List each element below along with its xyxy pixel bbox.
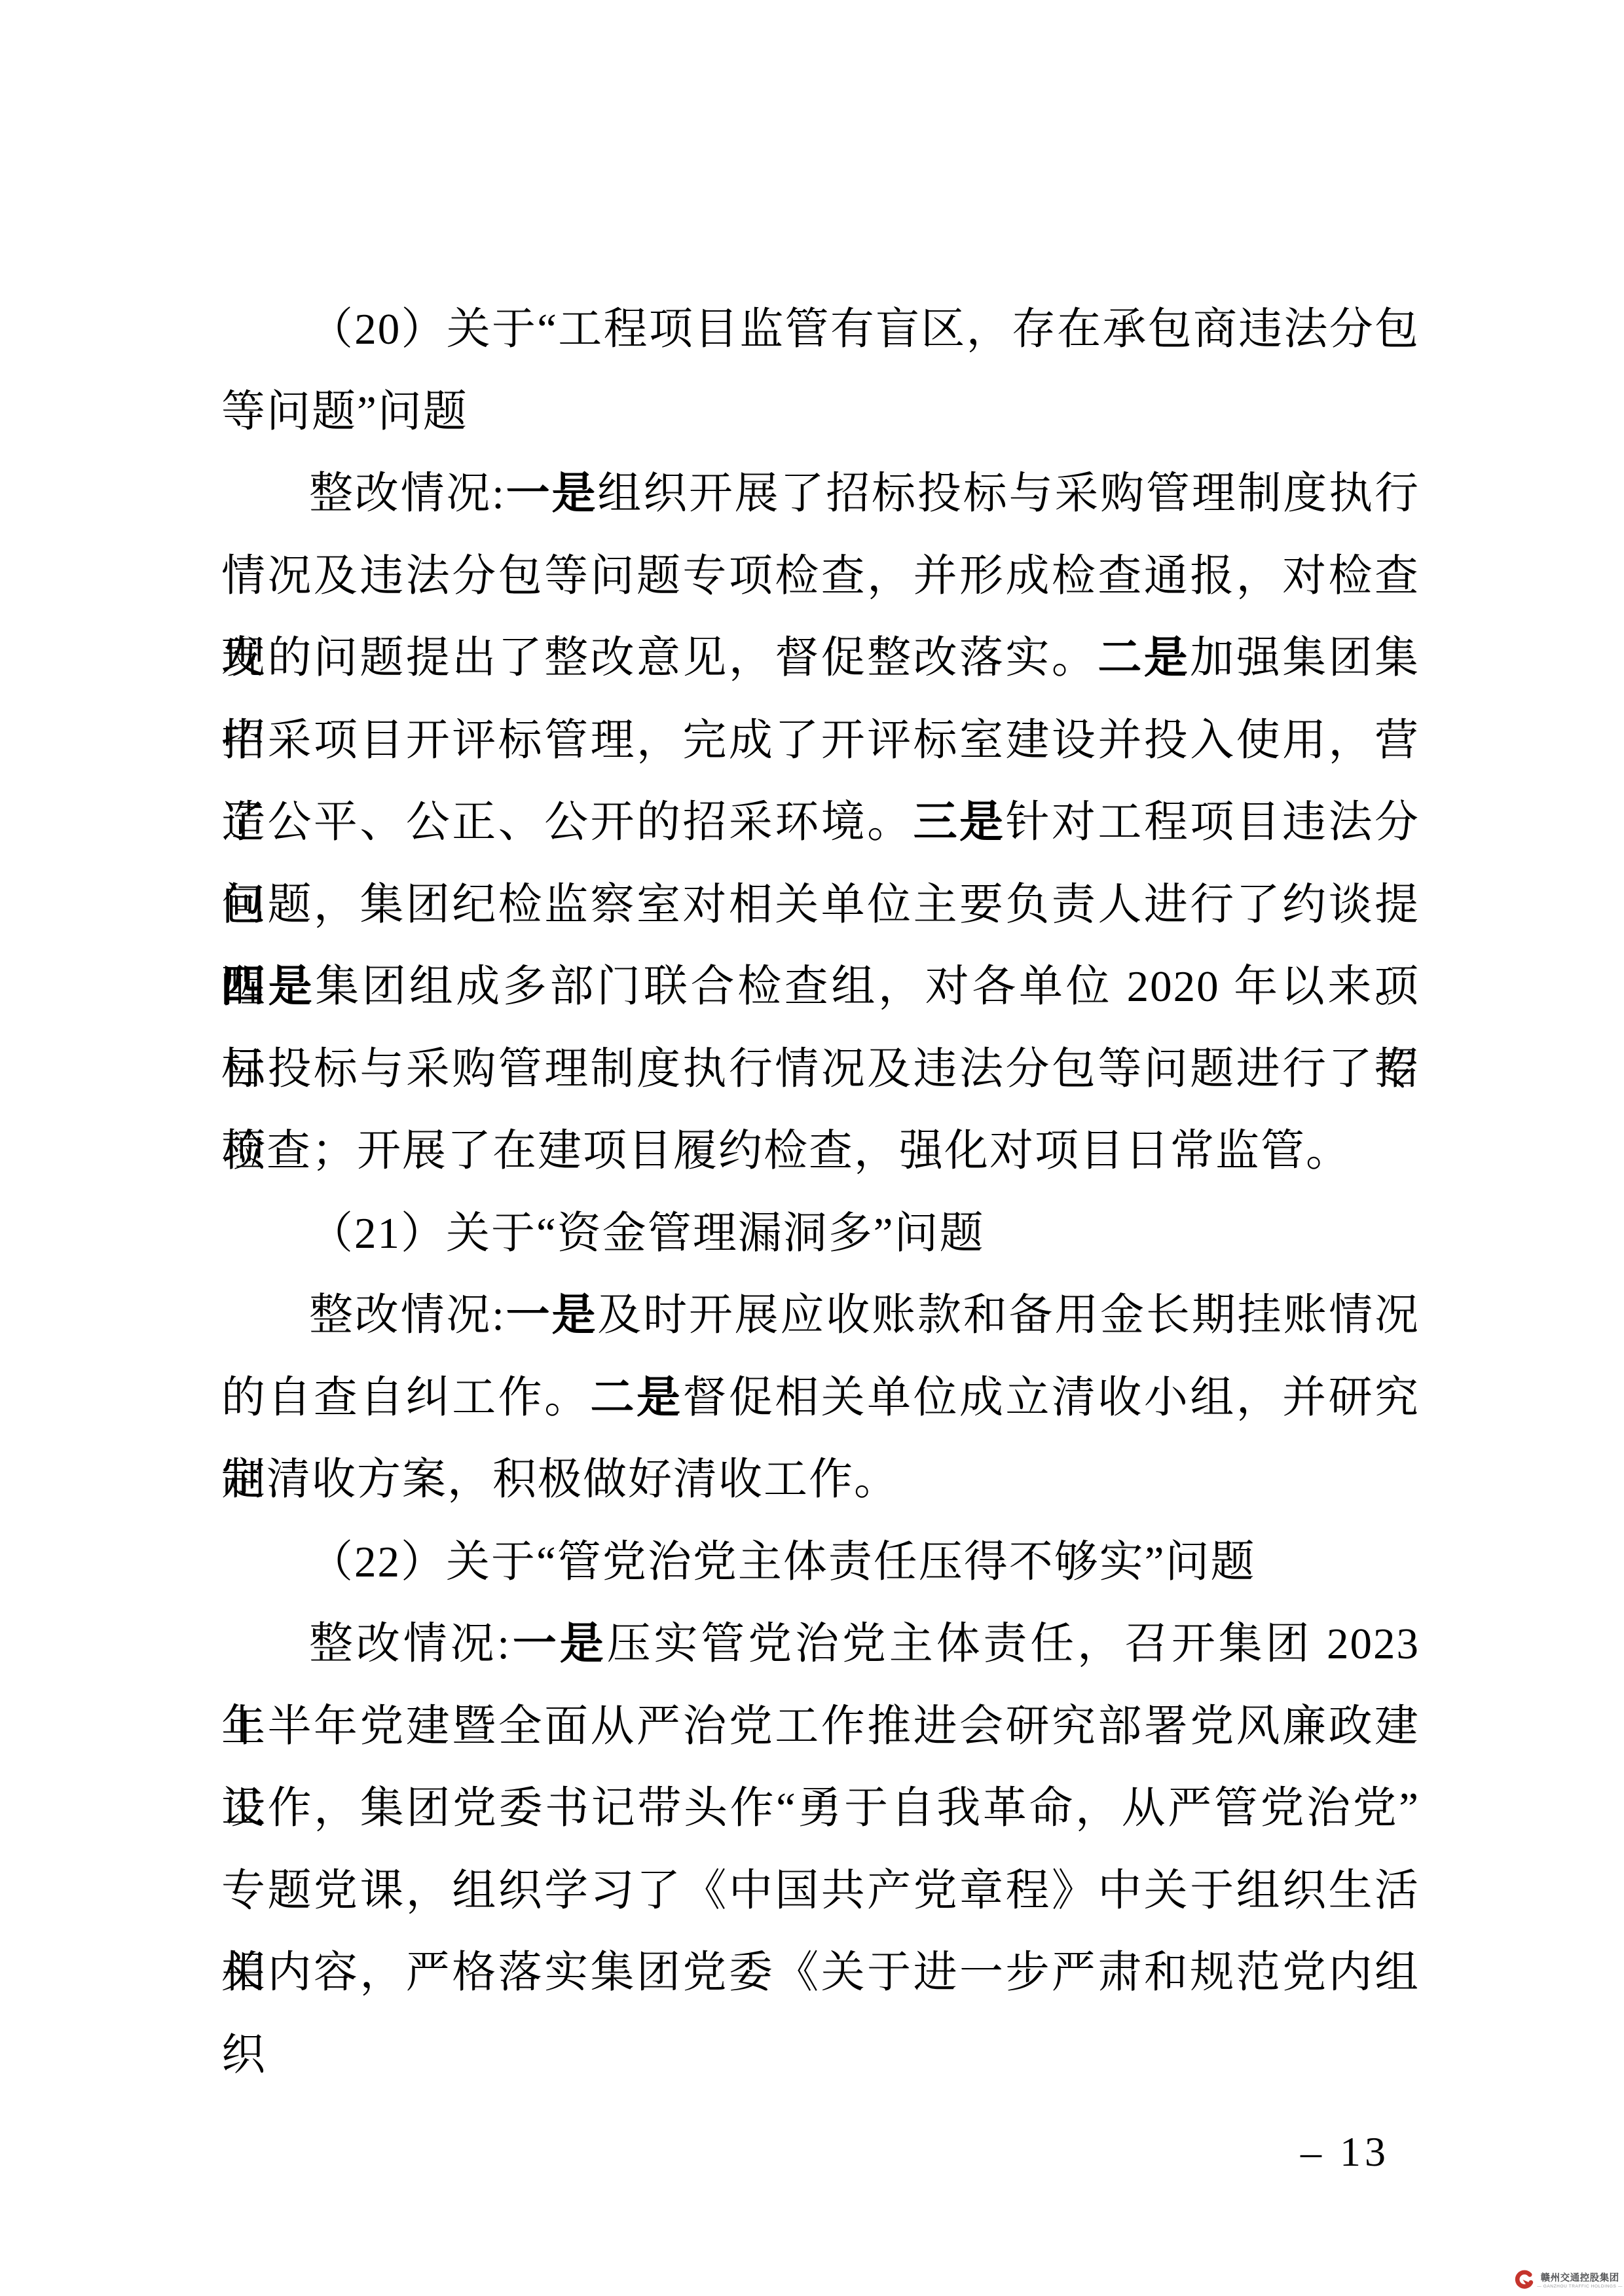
text-line: 工作，集团党委书记带头作“勇于自我革命，从严管党治党” <box>221 1768 1420 1850</box>
text-line: 了公平、公正、公开的招采环境。三是针对工程项目违法分包 <box>221 782 1420 864</box>
body-text: 现的问题提出了整改意见，督促整改落实。 <box>221 634 1098 682</box>
body-text: 定清收方案，积极做好清收工作。 <box>221 1455 899 1504</box>
body-text: 整改情况: <box>309 1291 506 1339</box>
text-line: 检查；开展了在建项目履约检查，强化对项目日常监管。 <box>221 1110 1420 1193</box>
text-line: 整改情况:一是组织开展了招标投标与采购管理制度执行 <box>221 453 1420 536</box>
body-text: 关内容，严格落实集团党委《关于进一步严肃和规范党内组织 <box>221 1948 1420 2079</box>
body-text: （21）关于“资金管理漏洞多”问题 <box>309 1209 984 1258</box>
body-text: 整改情况: <box>309 1620 511 1668</box>
body-text: 工作，集团党委书记带头作“勇于自我革命，从严管党治党” <box>221 1784 1420 1832</box>
emphasis-text: 一是 <box>506 469 597 518</box>
body-text: 检查；开展了在建项目履约检查，强化对项目日常监管。 <box>221 1127 1351 1175</box>
body-text: 等问题”问题 <box>221 388 468 436</box>
emphasis-text: 三是 <box>913 798 1006 847</box>
body-text: 的自查自纠工作。 <box>221 1374 591 1422</box>
text-line: 的自查自纠工作。二是督促相关单位成立清收小组，并研究制 <box>221 1357 1420 1440</box>
body-text: 了公平、公正、公开的招采环境。 <box>221 798 913 847</box>
body-text: （20）关于“工程项目监管有盲区，存在承包商违法分包 <box>309 305 1420 354</box>
body-text: 及时开展应收账款和备用金长期挂账情况 <box>597 1291 1420 1339</box>
company-name-cn: 赣州交通控股集团 <box>1541 2273 1619 2284</box>
company-watermark-text: 赣州交通控股集团 — GANZHOU TRAFFIC HOLDINGS — <box>1537 2273 1623 2289</box>
emphasis-text: 二是 <box>591 1374 683 1422</box>
company-watermark: 赣州交通控股集团 — GANZHOU TRAFFIC HOLDINGS — <box>1514 2269 1623 2293</box>
text-line: 情况及违法分包等问题专项检查，并形成检查通报，对检查发 <box>221 536 1420 618</box>
text-line: （20）关于“工程项目监管有盲区，存在承包商违法分包 <box>221 289 1420 371</box>
text-line: 招采项目开评标管理，完成了开评标室建设并投入使用，营造 <box>221 700 1420 782</box>
text-line: （22）关于“管党治党主体责任压得不够实”问题 <box>221 1522 1420 1604</box>
text-line: 问题，集团纪检监察室对相关单位主要负责人进行了约谈提醒。 <box>221 864 1420 947</box>
text-line: 上半年党建暨全面从严治党工作推进会研究部署党风廉政建设 <box>221 1686 1420 1768</box>
text-line: 标投标与采购管理制度执行情况及违法分包等问题进行了专项 <box>221 1029 1420 1111</box>
text-line: 等问题”问题 <box>221 371 1420 454</box>
body-text: 整改情况: <box>309 469 506 518</box>
page-number: – 13 <box>221 2129 1420 2175</box>
text-line: 整改情况:一是及时开展应收账款和备用金长期挂账情况 <box>221 1275 1420 1357</box>
text-line: 整改情况:一是压实管党治党主体责任，召开集团 2023 年 <box>221 1603 1420 1686</box>
body-text: 组织开展了招标投标与采购管理制度执行 <box>597 469 1420 518</box>
text-line: 现的问题提出了整改意见，督促整改落实。二是加强集团集中 <box>221 617 1420 700</box>
company-logo-icon <box>1514 2269 1534 2293</box>
emphasis-text: 四是 <box>221 962 315 1011</box>
text-line: 专题党课，组织学习了《中国共产党章程》中关于组织生活相 <box>221 1850 1420 1933</box>
document-body: （20）关于“工程项目监管有盲区，存在承包商违法分包等问题”问题整改情况:一是组… <box>221 289 1420 2014</box>
text-line: 关内容，严格落实集团党委《关于进一步严肃和规范党内组织 <box>221 1932 1420 2014</box>
emphasis-text: 一是 <box>511 1620 607 1668</box>
text-line: 四是集团组成多部门联合检查组，对各单位 2020 年以来项目招 <box>221 946 1420 1029</box>
document-page: （20）关于“工程项目监管有盲区，存在承包商违法分包等问题”问题整改情况:一是组… <box>0 0 1624 2296</box>
emphasis-text: 二是 <box>1098 634 1190 682</box>
company-name-en: — GANZHOU TRAFFIC HOLDINGS — <box>1537 2284 1623 2289</box>
text-line: （21）关于“资金管理漏洞多”问题 <box>221 1193 1420 1275</box>
body-text: （22）关于“管党治党主体责任压得不够实”问题 <box>309 1538 1255 1586</box>
emphasis-text: 一是 <box>506 1291 597 1339</box>
text-line: 定清收方案，积极做好清收工作。 <box>221 1439 1420 1522</box>
